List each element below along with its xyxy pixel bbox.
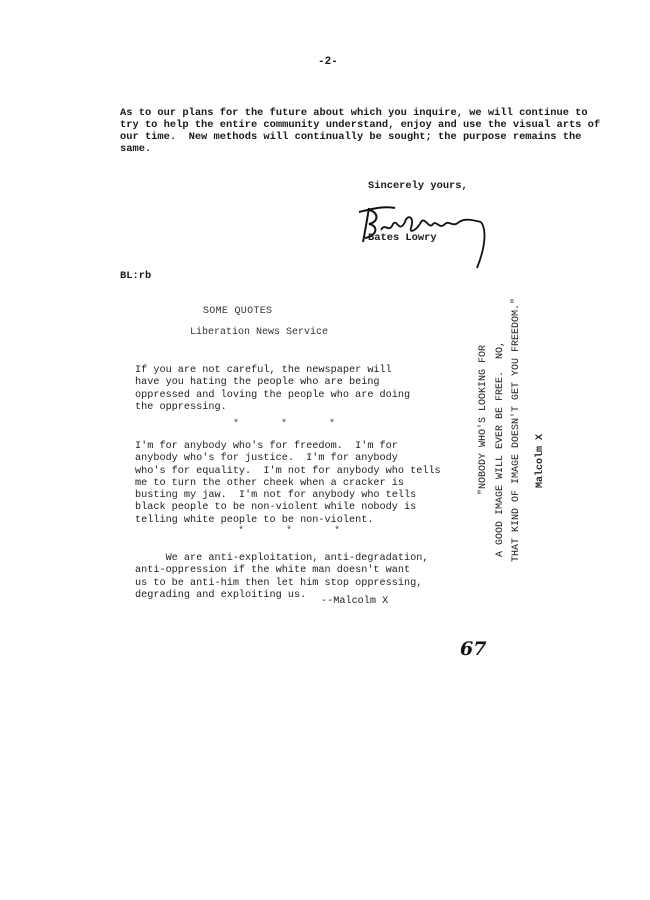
quote-3: We are anti-exploitation, anti-degradati… — [135, 553, 428, 602]
quote-line: busting my jaw. I'm not for anybody who … — [135, 490, 441, 502]
letter-body: As to our plans for the future about whi… — [120, 107, 590, 155]
letter-line: our time. New methods will continually b… — [120, 131, 590, 143]
quote-line: If you are not careful, the newspaper wi… — [135, 365, 410, 377]
handwritten-folio-number: 67 — [460, 638, 486, 660]
quotes-source: Liberation News Service — [190, 327, 328, 338]
quote-2: I'm for anybody who's for freedom. I'm f… — [135, 441, 441, 527]
letter-line: try to help the entire community underst… — [120, 119, 590, 131]
quote-line: me to turn the other cheek when a cracke… — [135, 478, 441, 490]
page-number: -2- — [318, 56, 338, 68]
quotes-title: SOME QUOTES — [203, 306, 272, 317]
separator: * * * — [233, 419, 353, 430]
quote-line: We are anti-exploitation, anti-degradati… — [135, 553, 428, 565]
quote-attribution: --Malcolm X — [321, 596, 388, 607]
quote-line: us to be anti-him then let him stop oppr… — [135, 578, 428, 590]
quote-line: the oppressing. — [135, 402, 410, 414]
letter-line: As to our plans for the future about whi… — [120, 107, 590, 119]
quote-line: oppressed and loving the people who are … — [135, 390, 410, 402]
quote-line: who's for equality. I'm not for anybody … — [135, 466, 441, 478]
vertical-quote-line: "NOBODY WHO'S LOOKING FOR — [478, 345, 489, 495]
signer-name: Bates Lowry — [368, 232, 437, 244]
separator: * * * — [238, 526, 358, 537]
quote-line: anybody who's for justice. I'm for anybo… — [135, 453, 441, 465]
vertical-quote-attribution: Malcolm X — [535, 434, 546, 488]
quote-line: I'm for anybody who's for freedom. I'm f… — [135, 441, 441, 453]
letter-closing: Sincerely yours, — [368, 180, 468, 192]
vertical-quote-line: A GOOD IMAGE WILL EVER BE FREE. NO, — [495, 341, 506, 557]
quote-line: anti-oppression if the white man doesn't… — [135, 565, 428, 577]
quote-1: If you are not careful, the newspaper wi… — [135, 365, 410, 414]
reference-initials: BL:rb — [120, 270, 151, 282]
vertical-quote-line: THAT KIND OF IMAGE DOESN'T GET YOU FREED… — [511, 298, 522, 562]
letter-line: same. — [120, 143, 590, 155]
quote-line: black people to be non-violent while nob… — [135, 502, 441, 514]
quote-line: have you hating the people who are being — [135, 377, 410, 389]
